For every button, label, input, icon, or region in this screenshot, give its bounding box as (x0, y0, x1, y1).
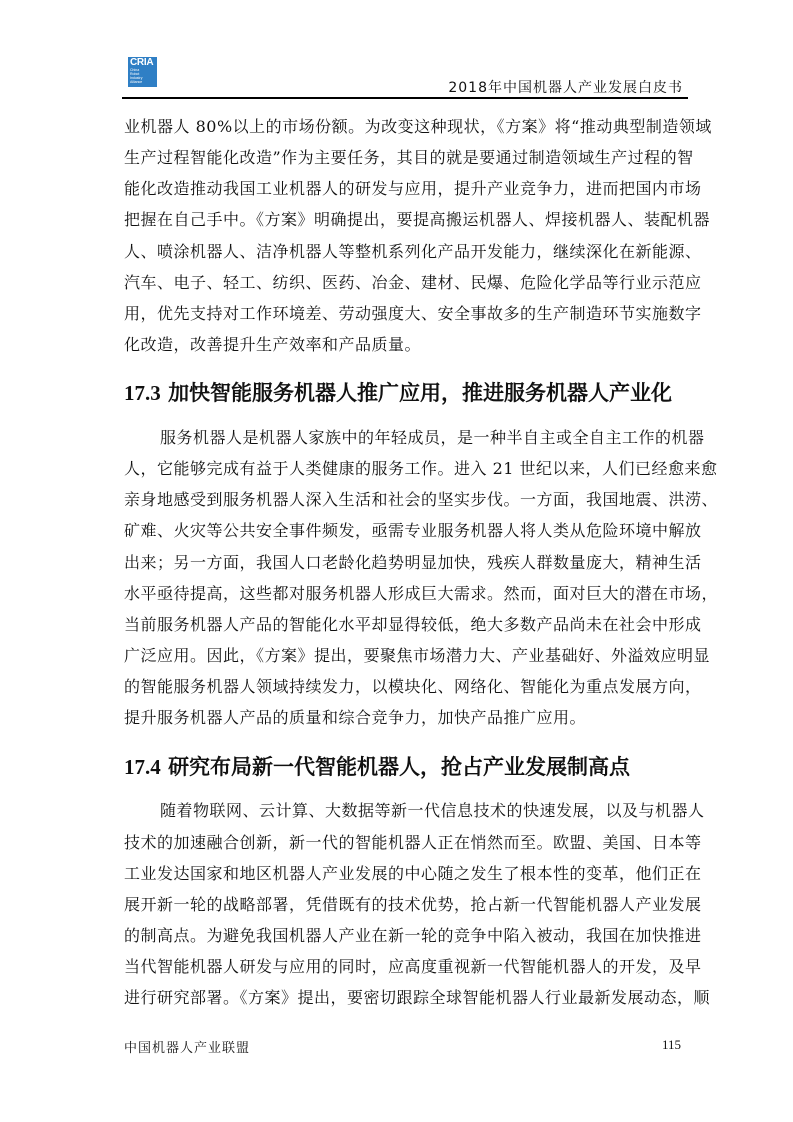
paragraph-line: 亲身地感受到服务机器人深入生活和社会的坚实步伐。一方面，我国地震、洪涝、 (124, 490, 688, 510)
paragraph-line: 汽车、电子、轻工、纺织、医药、冶金、建材、民爆、危险化学品等行业示范应 (124, 273, 688, 293)
cria-logo: CRIA China Robot Industry Alliance (128, 57, 157, 87)
paragraph-line: 技术的加速融合创新，新一代的智能机器人正在悄然而至。欧盟、美国、日本等 (124, 833, 688, 853)
header-divider (122, 97, 688, 99)
paragraph-line: 的制高点。为避免我国机器人产业在新一轮的竞争中陷入被动，我国在加快推进 (124, 926, 688, 946)
paragraph-line: 工业发达国家和地区机器人产业发展的中心随之发生了根本性的变革，他们正在 (124, 864, 688, 884)
section-number: 17.3 (124, 381, 161, 405)
paragraph-line: 化改造，改善提升生产效率和产品质量。 (124, 335, 688, 355)
paragraph-line: 进行研究部署。《方案》提出，要密切跟踪全球智能机器人行业最新发展动态，顺 (124, 988, 688, 1008)
page-number: 115 (662, 1037, 681, 1053)
paragraph-line: 水平亟待提高，这些都对服务机器人形成巨大需求。然而，面对巨大的潜在市场， (124, 584, 688, 604)
paragraph-line: 当前服务机器人产品的智能化水平却显得较低，绝大多数产品尚未在社会中形成 (124, 615, 688, 635)
paragraph-line: 生产过程智能化改造”作为主要任务，其目的就是要通过制造领域生产过程的智 (124, 148, 688, 168)
section-heading-17-4: 17.4 研究布局新一代智能机器人，抢占产业发展制高点 (124, 753, 630, 781)
paragraph-line: 当代智能机器人研发与应用的同时，应高度重视新一代智能机器人的开发，及早 (124, 957, 688, 977)
section-heading-17-3: 17.3 加快智能服务机器人推广应用，推进服务机器人产业化 (124, 379, 672, 407)
paragraph-line: 业机器人 80%以上的市场份额。为改变这种现状，《方案》将“推动典型制造领域 (124, 117, 688, 137)
logo-sub-text: Alliance (130, 80, 155, 84)
paragraph-line: 的智能服务机器人领域持续发力，以模块化、网络化、智能化为重点发展方向， (124, 677, 688, 697)
section-title: 加快智能服务机器人推广应用，推进服务机器人产业化 (168, 381, 672, 405)
paragraph-line: 随着物联网、云计算、大数据等新一代信息技术的快速发展，以及与机器人 (160, 801, 688, 821)
paragraph-line: 展开新一轮的战略部署，凭借既有的技术优势，抢占新一代智能机器人产业发展 (124, 895, 688, 915)
paragraph-line: 人，它能够完成有益于人类健康的服务工作。进入 21 世纪以来，人们已经愈来愈 (124, 459, 688, 479)
paragraph-line: 人、喷涂机器人、洁净机器人等整机系列化产品开发能力，继续深化在新能源、 (124, 242, 688, 262)
paragraph-line: 把握在自己手中。《方案》明确提出，要提高搬运机器人、焊接机器人、装配机器 (124, 210, 688, 230)
paragraph-line: 广泛应用。因此，《方案》提出，要聚焦市场潜力大、产业基础好、外溢效应明显 (124, 646, 688, 666)
paragraph-line: 能化改造推动我国工业机器人的研发与应用，提升产业竞争力，进而把国内市场 (124, 179, 688, 199)
paragraph-line: 矿难、火灾等公共安全事件频发，亟需专业服务机器人将人类从危险环境中解放 (124, 521, 688, 541)
section-title: 研究布局新一代智能机器人，抢占产业发展制高点 (168, 755, 630, 779)
paragraph-line: 用，优先支持对工作环境差、劳动强度大、安全事故多的生产制造环节实施数字 (124, 304, 688, 324)
paragraph-line: 提升服务机器人产品的质量和综合竞争力，加快产品推广应用。 (124, 708, 688, 728)
paragraph-line: 服务机器人是机器人家族中的年轻成员，是一种半自主或全自主工作的机器 (160, 428, 688, 448)
document-title: 2018年中国机器人产业发展白皮书 (448, 77, 683, 97)
logo-main-text: CRIA (130, 58, 155, 68)
footer-organization: 中国机器人产业联盟 (124, 1037, 250, 1056)
section-number: 17.4 (124, 755, 161, 779)
paragraph-line: 出来；另一方面，我国人口老龄化趋势明显加快，残疾人群数量庞大，精神生活 (124, 553, 688, 573)
